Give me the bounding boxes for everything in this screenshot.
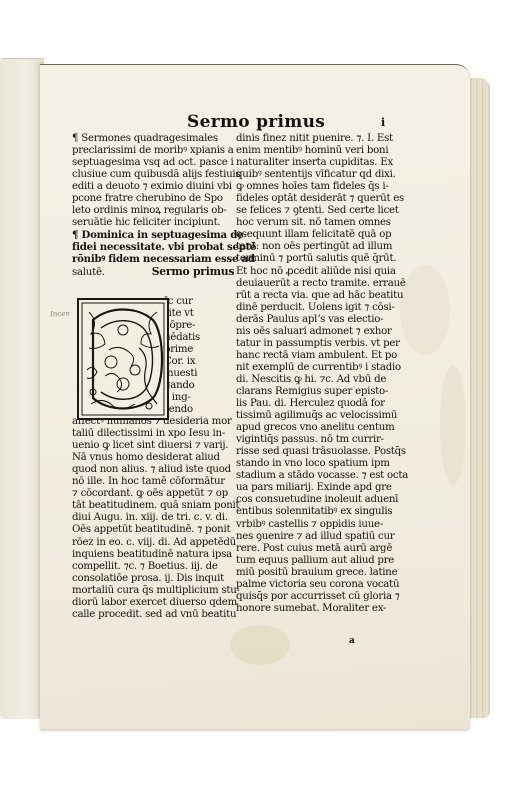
body-line: calle procedit. sed ad vnū beatitu: [72, 609, 234, 621]
body-line: diorū labor exercet diuerso qdem: [72, 597, 234, 609]
rubric-line: ¶ Dominica in septuagesima de: [72, 229, 234, 241]
foxing-stain: [230, 625, 290, 665]
body-line: hanc rectā viam ambulent. Et po: [236, 350, 414, 362]
body-line: fideles optāt desiderāt ⁊ querūt es: [236, 193, 414, 205]
right-column: dinis finez nitit puenire. ⁊. I. Est eni…: [236, 133, 414, 615]
body-line: tant: non oēs pertingūt ad illum: [236, 241, 414, 253]
body-line: rōez in eo. c. viij. di. Ad appetēdū: [72, 537, 234, 549]
spacer: [72, 278, 234, 296]
body-line: tum equus pallium aut aliud pre: [236, 555, 414, 567]
body-line: nit exemplū de currentibꝰ i stadio: [236, 362, 414, 374]
body-line: dinis finez nitit puenire. ⁊. I. Est: [236, 133, 414, 145]
body-line: nis oēs saluari admonet ⁊ exhor: [236, 326, 414, 338]
body-line: nō ille. In hoc tamē cōformātur: [72, 476, 234, 488]
title-line: ¶ Sermones quadragesimales: [72, 133, 234, 145]
signature-mark: a: [349, 636, 355, 646]
body-line: miū positū brauium grece. latine: [236, 567, 414, 579]
body-line: stadium a stādo vocasse. ⁊ est octa: [236, 470, 414, 482]
body-line: tissimū agilimuq̄s ac velocissimū: [236, 410, 414, 422]
body-line: taliū dilectissimi in xpo Iesu in-: [72, 428, 234, 440]
body-line: risse sed quasi trāsuolasse. Postq̄s: [236, 446, 414, 458]
body-line: entibus solennitatibꝰ ex singulis: [236, 506, 414, 518]
body-line: rere. Post cuius metā aurū argē: [236, 543, 414, 555]
body-line: naturaliter inserta cupiditas. Ex: [236, 157, 414, 169]
body-line: tāt beatitudinem. quā sniam ponit: [72, 500, 234, 512]
foxing-stain: [440, 365, 466, 485]
body-line: clarans Remigius super episto-: [236, 386, 414, 398]
title-line: septuagesima vsq ad oct. pasce i: [72, 157, 234, 169]
body-line: dinē perducit. Uolens igit ⁊ cōsi-: [236, 302, 414, 314]
body-line: hoc verum sit. nō tamen omnes: [236, 217, 414, 229]
body-line: vigintiq̄s passus. nō tm currir-: [236, 434, 414, 446]
title-line: leto ordinis minoꝝ regularis ob-: [72, 205, 234, 217]
body-line: cos consuetudine inoleuit aduenī: [236, 494, 414, 506]
body-line: apud grecos vno anelitu centum: [236, 422, 414, 434]
body-line: stando in vno loco spatium ipm: [236, 458, 414, 470]
body-line: ꝙ omnes hoīes tam fideles q̄s i-: [236, 181, 414, 193]
page-fore-edge: [468, 78, 490, 718]
rubric-line-with-heading: salutē. Sermo primus: [72, 266, 234, 278]
body-line: quisq̄s por accurrisset cū gloria ⁊: [236, 591, 414, 603]
title-line: editi a deuoto ⁊ eximio diuini vbi: [72, 181, 234, 193]
body-line: rūt a recta via. que ad hāc beatitu: [236, 290, 414, 302]
body-line: palme victoria seu corona vocatū: [236, 579, 414, 591]
body-line: mortaliū cura q̄s multiplicium stu-: [72, 585, 234, 597]
rubric-line: salutē.: [72, 267, 105, 278]
body-line: Nā vnus homo desiderat aliud: [72, 452, 234, 464]
body-line: ua pars miliarij. Exinde apd gre: [236, 482, 414, 494]
folio-number: i: [381, 116, 385, 129]
body-line: diui Augu. in. xiij. de tri. c. v. di.: [72, 512, 234, 524]
body-line: lis Pau. di. Herculez quodā for: [236, 398, 414, 410]
rubric-line: rōnibꝰ fidem necessariam esse ad: [72, 253, 234, 265]
body-line: se felices ⁊ ꝯtenti. Sed certe licet: [236, 205, 414, 217]
section-heading: Sermo primus: [108, 265, 234, 278]
body-line: uenio ꝙ licet sint diuersi ⁊ varij.: [72, 440, 234, 452]
body-line: honore sumebat. Moraliter ex-: [236, 603, 414, 615]
body-line: terminū ⁊ portū salutis quē q̄rūt.: [236, 253, 414, 265]
body-line: consolatiōe prosa. ij. Dis inquit: [72, 573, 234, 585]
title-line: preclarissimi de moribꝰ xpianis a: [72, 145, 234, 157]
body-line: ꝯsequunt illam felicitatē quā op: [236, 229, 414, 241]
margin-annotation: Incen: [50, 310, 70, 319]
title-line: seruātie hic feliciter incipiunt.: [72, 217, 234, 229]
body-line: Oēs appetūt beatitudinē. ⁊ ponit: [72, 524, 234, 536]
body-line: vrbibꝰ castellis ⁊ oppidis iuue-: [236, 519, 414, 531]
body-line: Et hoc nō ꝓcedit aliūde nisi quia: [236, 266, 414, 278]
running-head: Sermo primus: [187, 112, 325, 132]
body-line: tatur in passumptis verbis. vt per: [236, 338, 414, 350]
floral-initial-icon: [79, 300, 167, 418]
body-line: derās Paulus aplʼs vas electio-: [236, 314, 414, 326]
body-line: ⁊ cōcordant. ꝙ oēs appetūt ⁊ op: [72, 488, 234, 500]
body-line: quod non alius. ⁊ aliud iste quod: [72, 464, 234, 476]
woodcut-initial-d: [77, 298, 169, 420]
title-line: clusiue cum quibusdā alijs festiuis: [72, 169, 234, 181]
body-line: deuiauerūt a recto tramite. errauē: [236, 278, 414, 290]
title-line: pcone fratre cherubino de Spo: [72, 193, 234, 205]
body-line: inquiens beatitudinē natura ipsa: [72, 549, 234, 561]
body-line: di. Nescitis ꝙ hi. ⁊c. Ad vbū de: [236, 374, 414, 386]
body-line: enim mentibꝰ hominū veri boni: [236, 145, 414, 157]
rubric-line: fidei necessitate. vbi probat septē: [72, 241, 234, 253]
body-line: nes ꝯuenire ⁊ ad illud spatiū cur: [236, 531, 414, 543]
body-line: quibꝰ sententijs vīficatur qd dixi.: [236, 169, 414, 181]
body-line: compellit. ⁊c. ⁊ Boetius. iij. de: [72, 561, 234, 573]
